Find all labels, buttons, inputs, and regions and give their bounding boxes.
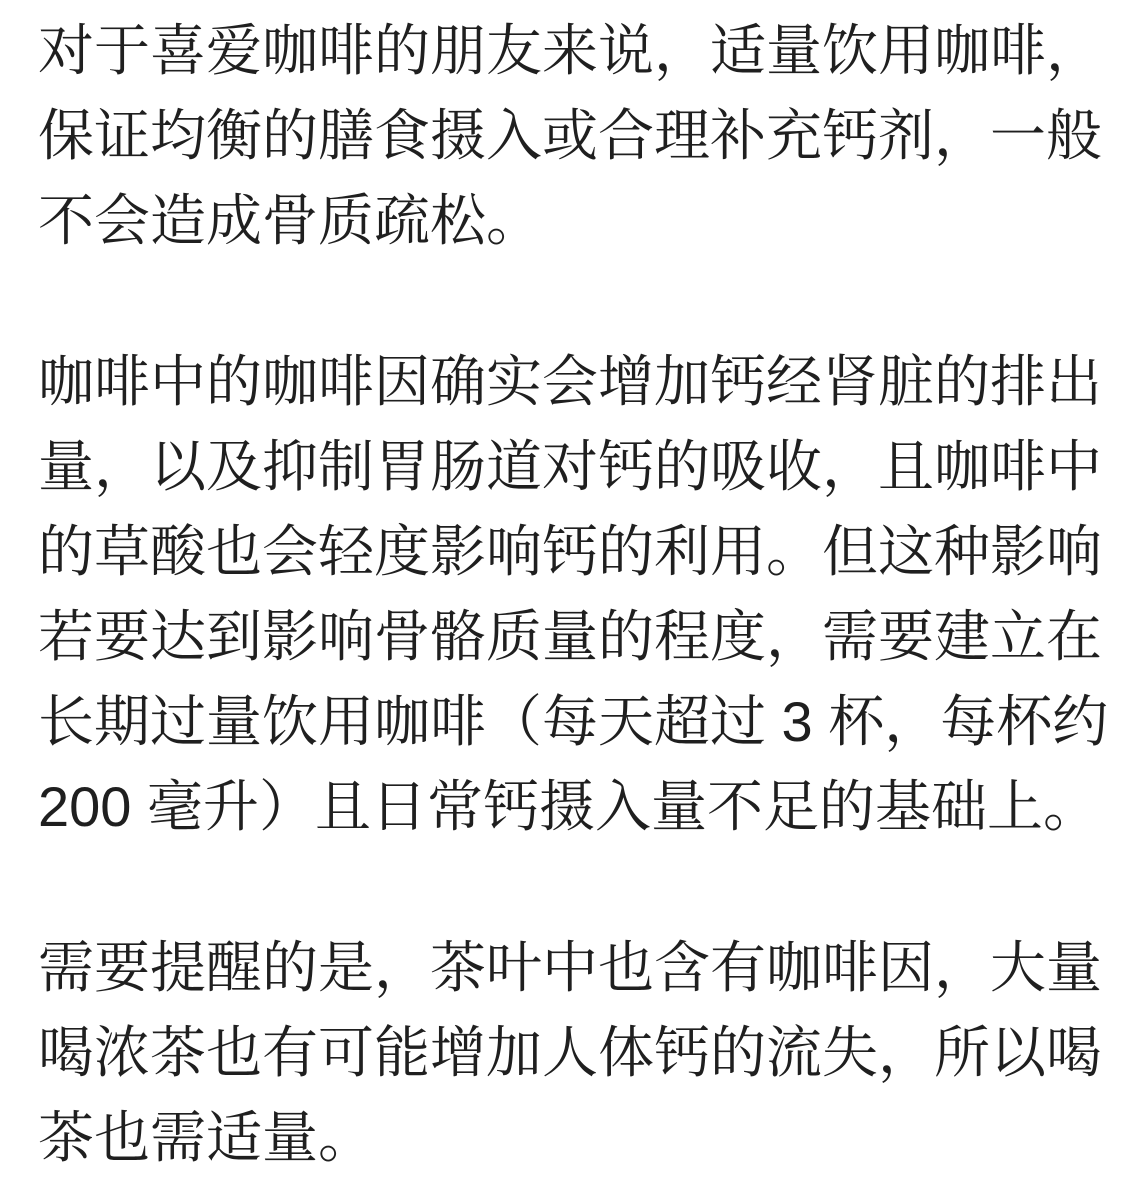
text-line: 量，以及抑制胃肠道对钙的吸收，且咖啡中 bbox=[38, 424, 1104, 509]
text-line: 的草酸也会轻度影响钙的利用。但这种影响 bbox=[38, 509, 1104, 594]
text-line: 需要提醒的是，茶叶中也含有咖啡因，大量 bbox=[38, 925, 1104, 1010]
text-line: 若要达到影响骨骼质量的程度，需要建立在 bbox=[38, 594, 1104, 679]
paragraph-3: 需要提醒的是，茶叶中也含有咖啡因，大量 喝浓茶也有可能增加人体钙的流失，所以喝 … bbox=[38, 925, 1104, 1180]
article-body: 对于喜爱咖啡的朋友来说，适量饮用咖啡， 保证均衡的膳食摄入或合理补充钙剂，一般 … bbox=[0, 0, 1142, 1200]
text-line: 对于喜爱咖啡的朋友来说，适量饮用咖啡， bbox=[38, 8, 1104, 93]
text-line: 200 毫升）且日常钙摄入量不足的基础上。 bbox=[38, 764, 1104, 849]
text-line: 长期过量饮用咖啡（每天超过 3 杯，每杯约 bbox=[38, 679, 1104, 764]
text-line: 咖啡中的咖啡因确实会增加钙经肾脏的排出 bbox=[38, 339, 1104, 424]
text-line: 保证均衡的膳食摄入或合理补充钙剂，一般 bbox=[38, 93, 1104, 178]
paragraph-1: 对于喜爱咖啡的朋友来说，适量饮用咖啡， 保证均衡的膳食摄入或合理补充钙剂，一般 … bbox=[38, 8, 1104, 263]
text-line: 不会造成骨质疏松。 bbox=[38, 178, 1104, 263]
text-line: 茶也需适量。 bbox=[38, 1095, 1104, 1180]
paragraph-2: 咖啡中的咖啡因确实会增加钙经肾脏的排出 量，以及抑制胃肠道对钙的吸收，且咖啡中 … bbox=[38, 339, 1104, 849]
text-line: 喝浓茶也有可能增加人体钙的流失，所以喝 bbox=[38, 1010, 1104, 1095]
